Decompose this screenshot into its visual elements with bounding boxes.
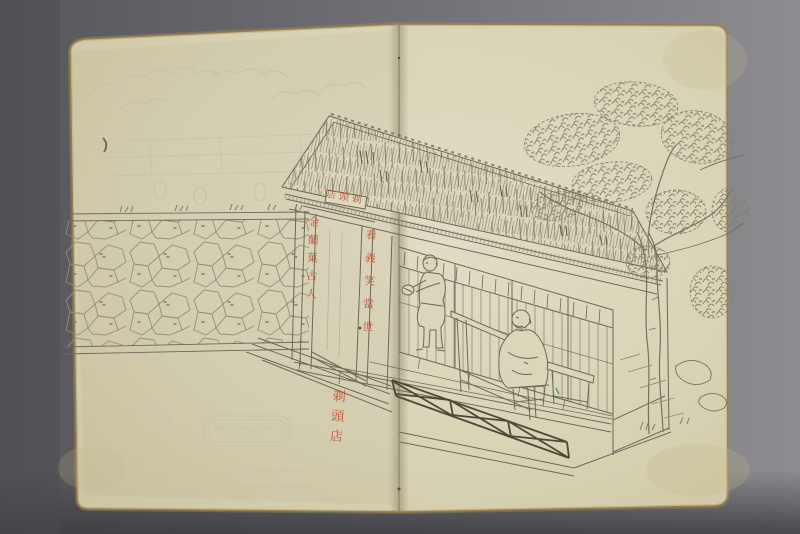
photograph-of-album-spread: 店頭剃 金蘭菓古人 看義笑當世 剃頭店 <box>0 0 800 534</box>
stone-wall <box>63 204 309 354</box>
bald-head <box>512 310 530 328</box>
book-illustration <box>0 0 800 534</box>
